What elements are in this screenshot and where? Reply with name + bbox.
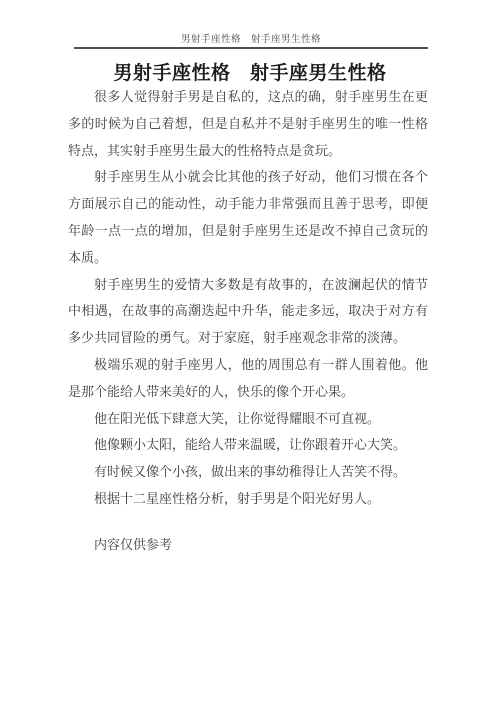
document-page: 男射手座性格 射手座男生性格 男射手座性格 射手座男生性格 很多人觉得射手男是自… — [0, 0, 500, 708]
paragraph-5: 他在阳光低下肆意大笑，让你觉得耀眼不可直视。 — [68, 406, 428, 433]
paragraph-7: 有时候又像个小孩，做出来的事幼稚得让人苦笑不得。 — [68, 459, 428, 486]
paragraph-6: 他像颗小太阳，能给人带来温暖，让你跟着开心大笑。 — [68, 432, 428, 459]
footnote: 内容仅供参考 — [68, 532, 428, 559]
running-header: 男射手座性格 射手座男生性格 — [74, 34, 428, 46]
document-body: 很多人觉得射手男是自私的，这点的确，射手座男生在更多的时候为自己着想，但是自私并… — [68, 84, 428, 559]
paragraph-8: 根据十二星座性格分析，射手男是个阳光好男人。 — [68, 486, 428, 513]
paragraph-3: 射手座男生的爱情大多数是有故事的，在波澜起伏的情节中相遇，在故事的高潮迭起中升华… — [68, 272, 428, 352]
paragraph-2: 射手座男生从小就会比其他的孩子好动，他们习惯在各个方面展示自己的能动性，动手能力… — [68, 164, 428, 271]
paragraph-1: 很多人觉得射手男是自私的，这点的确，射手座男生在更多的时候为自己着想，但是自私并… — [68, 84, 428, 164]
header-divider — [74, 47, 428, 49]
paragraph-4: 极端乐观的射手座男人，他的周围总有一群人围着他。他是那个能给人带来美好的人，快乐… — [68, 352, 428, 406]
